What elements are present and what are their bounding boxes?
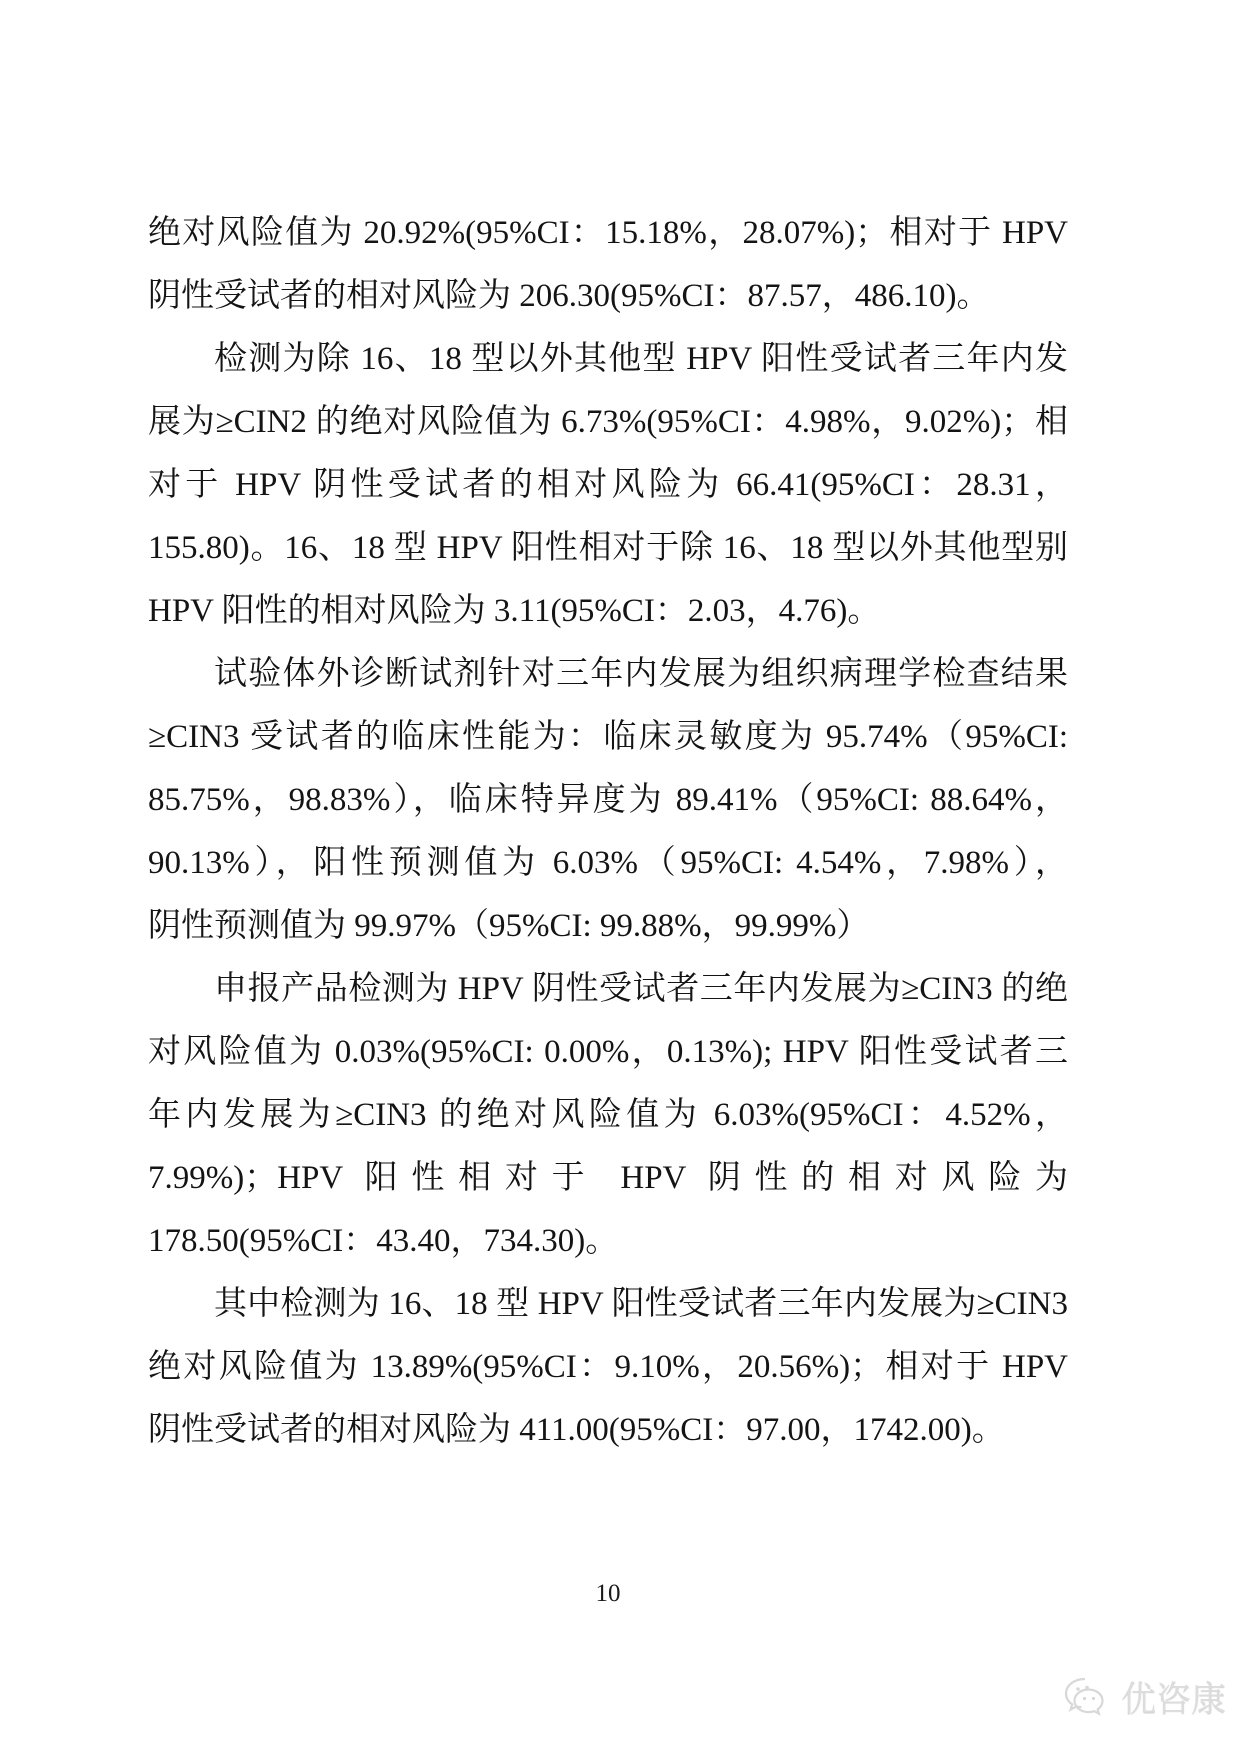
text-line: 85.75%，98.83%），临床特异度为 89.41%（95%CI: 88.6… bbox=[148, 769, 1068, 832]
wechat-chat-bubbles-icon bbox=[1055, 1673, 1113, 1721]
text-line: 申报产品检测为 HPV 阴性受试者三年内发展为≥CIN3 的绝 bbox=[148, 958, 1068, 1021]
text-line: 试验体外诊断试剂针对三年内发展为组织病理学检查结果 bbox=[148, 643, 1068, 706]
document-page: 绝对风险值为 20.92%(95%CI：15.18%，28.07%)；相对于 H… bbox=[0, 0, 1240, 1754]
text-line: 检测为除 16、18 型以外其他型 HPV 阳性受试者三年内发 bbox=[148, 328, 1068, 391]
text-line: 阴性受试者的相对风险为 411.00(95%CI：97.00，1742.00)。 bbox=[148, 1399, 1068, 1462]
text-line: 阴性预测值为 99.97%（95%CI: 99.88%，99.99%） bbox=[148, 895, 1068, 958]
text-line: 7.99%)；HPV 阳性相对于 HPV 阴性的相对风险为 bbox=[148, 1147, 1068, 1210]
text-line: 绝对风险值为 13.89%(95%CI：9.10%，20.56%)；相对于 HP… bbox=[148, 1336, 1068, 1399]
text-line: 178.50(95%CI：43.40，734.30)。 bbox=[148, 1210, 1068, 1273]
text-line: HPV 阳性的相对风险为 3.11(95%CI：2.03，4.76)。 bbox=[148, 580, 1068, 643]
text-line: 对于 HPV 阴性受试者的相对风险为 66.41(95%CI：28.31， bbox=[148, 454, 1068, 517]
text-line: 年内发展为≥CIN3 的绝对风险值为 6.03%(95%CI：4.52%， bbox=[148, 1084, 1068, 1147]
text-line: 展为≥CIN2 的绝对风险值为 6.73%(95%CI：4.98%，9.02%)… bbox=[148, 391, 1068, 454]
text-line: 对风险值为 0.03%(95%CI: 0.00%，0.13%); HPV 阳性受… bbox=[148, 1021, 1068, 1084]
footer-watermark: 优咨康 bbox=[1055, 1672, 1226, 1722]
text-line: ≥CIN3 受试者的临床性能为：临床灵敏度为 95.74%（95%CI: bbox=[148, 706, 1068, 769]
watermark-label: 优咨康 bbox=[1121, 1672, 1226, 1722]
text-line: 阴性受试者的相对风险为 206.30(95%CI：87.57，486.10)。 bbox=[148, 265, 1068, 328]
text-line: 90.13%），阳性预测值为 6.03%（95%CI: 4.54%，7.98%）… bbox=[148, 832, 1068, 895]
text-line: 绝对风险值为 20.92%(95%CI：15.18%，28.07%)；相对于 H… bbox=[148, 202, 1068, 265]
body-text: 绝对风险值为 20.92%(95%CI：15.18%，28.07%)；相对于 H… bbox=[148, 202, 1068, 1462]
page-number: 10 bbox=[148, 1580, 1068, 1608]
text-line: 155.80)。16、18 型 HPV 阳性相对于除 16、18 型以外其他型别 bbox=[148, 517, 1068, 580]
text-line: 其中检测为 16、18 型 HPV 阳性受试者三年内发展为≥CIN3 bbox=[148, 1273, 1068, 1336]
